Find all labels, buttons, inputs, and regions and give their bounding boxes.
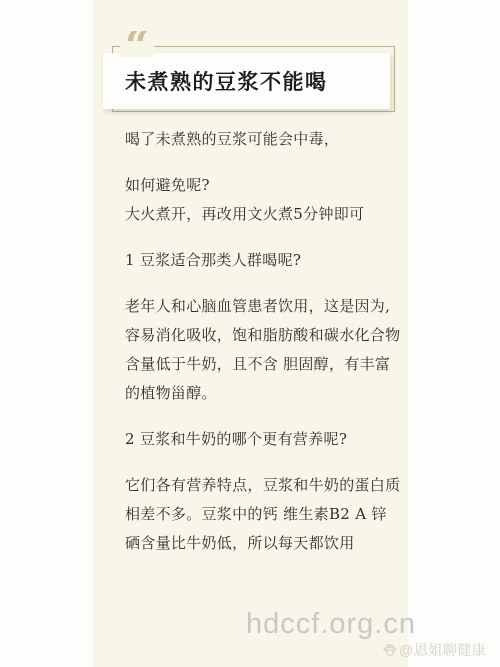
text-line: 老年人和心脑血管患者饮用，这是因为, (125, 292, 397, 321)
text-line: 含量低于牛奶，且不含 胆固醇，有丰富 (125, 350, 397, 379)
text-line: 喝了未煮熟的豆浆可能会中毒， (125, 125, 397, 154)
text-line: 硒含量比牛奶低，所以每天都饮用 (125, 529, 397, 558)
text-line: 如何避免呢? (125, 171, 397, 200)
title-card: 未煮熟的豆浆不能喝 “ (103, 46, 398, 116)
text-line: 的植物甾醇。 (125, 379, 397, 408)
paragraph: 如何避免呢?大火煮开，再改用文火煮5分钟即可 (125, 171, 397, 229)
paw-icon (382, 642, 398, 658)
watermark-site-url: hdccf.org.cn (246, 608, 416, 641)
text-line: 相差不多。豆浆中的钙 维生素B2 A 锌 (125, 500, 397, 529)
text-line: 它们各有营养特点，豆浆和牛奶的蛋白质 (125, 471, 397, 500)
quote-icon: “ (120, 31, 154, 57)
text-line: 容易消化吸收，饱和脂肪酸和碳水化合物 (125, 321, 397, 350)
body-text: 喝了未煮熟的豆浆可能会中毒，如何避免呢?大火煮开，再改用文火煮5分钟即可1 豆浆… (125, 125, 397, 575)
paragraph: 2 豆浆和牛奶的哪个更有营养呢? (125, 425, 397, 454)
page-title: 未煮熟的豆浆不能喝 (103, 66, 328, 96)
title-card-face: 未煮熟的豆浆不能喝 (103, 53, 390, 109)
text-line: 大火煮开，再改用文火煮5分钟即可 (125, 200, 397, 229)
text-line: 2 豆浆和牛奶的哪个更有营养呢? (125, 425, 397, 454)
text-line: 1 豆浆适合那类人群喝呢? (125, 246, 397, 275)
paragraph: 1 豆浆适合那类人群喝呢? (125, 246, 397, 275)
watermark-social: @恩姐聊健康 (382, 640, 486, 660)
paragraph: 它们各有营养特点，豆浆和牛奶的蛋白质相差不多。豆浆中的钙 维生素B2 A 锌硒含… (125, 471, 397, 558)
paragraph: 老年人和心脑血管患者饮用，这是因为,容易消化吸收，饱和脂肪酸和碳水化合物含量低于… (125, 292, 397, 408)
cream-panel: 未煮熟的豆浆不能喝 “ 喝了未煮熟的豆浆可能会中毒，如何避免呢?大火煮开，再改用… (93, 0, 408, 667)
watermark-social-text: @恩姐聊健康 (399, 640, 486, 660)
paragraph: 喝了未煮熟的豆浆可能会中毒， (125, 125, 397, 154)
poster-page: 未煮熟的豆浆不能喝 “ 喝了未煮熟的豆浆可能会中毒，如何避免呢?大火煮开，再改用… (0, 0, 500, 667)
